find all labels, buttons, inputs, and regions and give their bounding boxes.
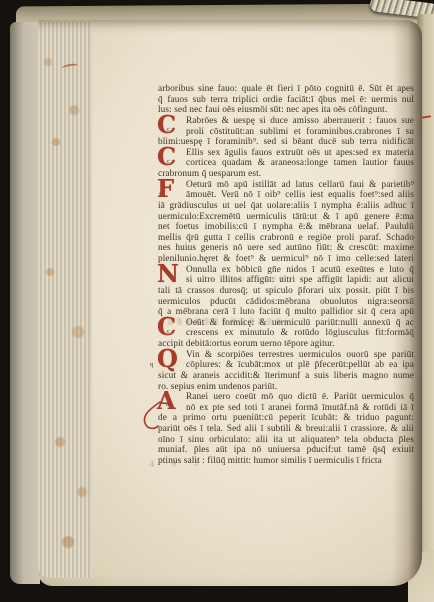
text-line: plenilunio.hęret & foet⁹ & uermicul⁹ nō … (158, 254, 414, 265)
text-line: Ellis sex āgulis fauos extruūt oēs ut ap… (158, 148, 414, 159)
text-line: nes huius generis nō uere sed autūno fiū… (158, 243, 414, 254)
page: arboribus sine fauo: quale ēt fieri ī pō… (38, 20, 422, 586)
red-margin-mark (421, 115, 431, 118)
text-line: uermiculo:Excremētū uermiculis tātū:ut &… (158, 212, 414, 223)
rubric-initial-quin: Q q (157, 348, 184, 372)
guide-letter: a (166, 402, 169, 409)
text-line: Ranei uero coeūt mō quo dictū ē. Pariūt … (158, 392, 414, 403)
text-line: Oeūt & formicę: & uermiculū pariūt:nulli… (158, 318, 414, 329)
text-line: corticea quadam & araneosa:longe tamen l… (158, 158, 414, 169)
text-line: Oeturā mō apū istillāt ad latus cellarū … (158, 180, 414, 191)
text-line: de a primo ortu pueniūt:cū peperit īcubā… (158, 413, 414, 424)
text-line: crescens ex minutulo & rotūdo lōgiusculu… (158, 328, 414, 339)
text-line: cōplures: & īcubāt:mox ut plē p̄fecerūt:… (158, 360, 414, 371)
rubric-initial-foetura: F f (157, 178, 184, 202)
text-line: si uitro illitos affigūt: uitri spe affi… (158, 275, 414, 286)
text-line: q̄ fauos sub terra triplici ordie faciāt… (158, 95, 414, 106)
text-line: Rabrōes & uespę si duce amisso aberrauer… (158, 116, 414, 127)
text-line: arboribus sine fauo: quale ēt fieri ī pō… (158, 84, 414, 95)
guide-letter: f (159, 192, 161, 199)
text-line: āmouēt. Verū nō ī oib⁹ cellis iest equal… (158, 190, 414, 201)
rubric-initial-crabrones: C c (157, 114, 184, 138)
text-line: net foetus imobilis:cū ī nympha ē:& mēbr… (158, 222, 414, 233)
text-block: arboribus sine fauo: quale ēt fieri ī pō… (158, 84, 414, 467)
text-line: muniaf. p̄les aūt ipa nō uniuersa pducif… (158, 445, 414, 456)
rubric-initial-cellis: C c (157, 146, 184, 170)
initial-letter: N (157, 263, 179, 285)
text-line: tali tā crassos durosq̄; ut spiculo p̄fo… (158, 286, 414, 297)
text-line: proli cōstituūt:an sublimi et foraminibu… (158, 127, 414, 138)
text-line: Onnulla ex bōbicū gn̄e nidos ī acutū exe… (158, 265, 414, 276)
text-line: ro. sepius enim undenos pariūt. (158, 382, 414, 393)
text-line: mellis q̄rū gutta ī cellis crabronū e re… (158, 233, 414, 244)
rubric-initial-nonnulla: N (157, 263, 184, 287)
guide-letter: q (150, 362, 153, 369)
text-line: uermiculos pducūt cādidos:mēbrana obuolu… (158, 297, 414, 308)
rubric-initial-aranei: A a (157, 390, 184, 414)
guide-letter: c (167, 159, 170, 166)
guide-letter: c (167, 329, 170, 336)
text-line: lus: sed nec faui oēs eiusmōi sūt: nec a… (158, 105, 414, 116)
text-line: blimi:uespę ī foraminib⁹. sed si bēant d… (158, 137, 414, 148)
text-line: nō ex pte sed toti ī aranei formā īmutāf… (158, 403, 414, 414)
text-line: iā grādiusculus ut uel q̄at uolare:aliis… (158, 201, 414, 212)
red-edge-mark (62, 63, 79, 72)
book-cover-edge (10, 22, 40, 584)
text-line: pariūt oēs ī tela. Sed alii ī subtili & … (158, 424, 414, 435)
text-line: Vin & scorpiōes terrestres uermiculos ou… (158, 350, 414, 361)
text-line: crabronum q̄ uesparum est. (158, 169, 414, 180)
text-line: q̄ a mēbrana cerā ī luto faciūt q̄ multo… (158, 307, 414, 318)
initial-flourish (140, 399, 164, 435)
text-line: accipit debitā:ortus eorum uerno tēpore … (158, 339, 414, 350)
guide-letter: c (167, 127, 170, 134)
text-line: oīno ī sinu orbiculato: alii ita ut aliq… (158, 435, 414, 446)
text-line: sicut & araneis accidit:& īterimunf a su… (158, 371, 414, 382)
pencil-mark: 4 9 3 (149, 458, 206, 470)
book-photograph: arboribus sine fauo: quale ēt fieri ī pō… (0, 0, 434, 602)
fore-edge-leaves (38, 22, 92, 578)
initial-letter: Q (157, 348, 178, 370)
rubric-initial-coeunt: C c (157, 316, 184, 340)
